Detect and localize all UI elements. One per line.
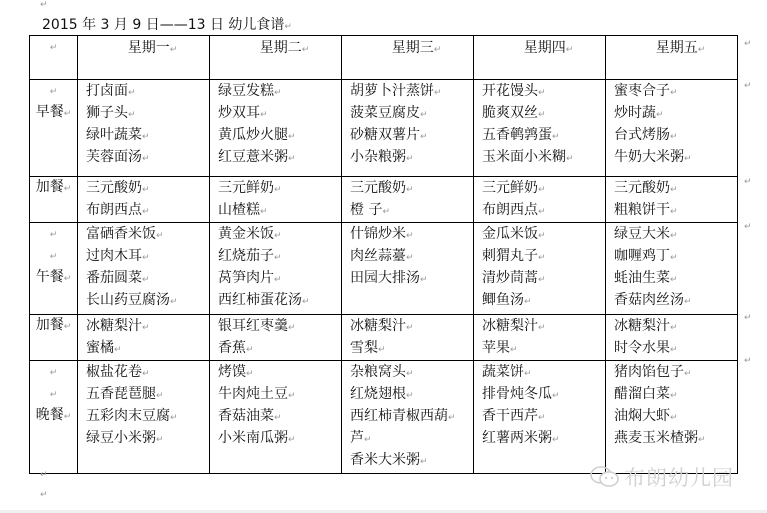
dish: 橙 子 bbox=[350, 202, 382, 218]
menu-cell: 蜜枣合子↵炒时蔬↵台式烤肠↵牛奶大米粥↵ bbox=[606, 80, 738, 177]
dish: 香干西芹 bbox=[482, 408, 538, 424]
menu-cell: 三元酸奶↵粗粮饼干↵ bbox=[606, 177, 738, 223]
dish: 开花馒头 bbox=[482, 83, 538, 99]
dish: 狮子头 bbox=[86, 105, 128, 121]
dish: 红薯两米粥 bbox=[482, 430, 552, 446]
dish: 排骨炖冬瓜 bbox=[482, 386, 552, 402]
menu-cell: 椒盐花卷↵五香琵琶腿↵五彩肉末豆腐↵绿豆小米粥↵ bbox=[78, 361, 210, 474]
dish: 时令水果 bbox=[614, 340, 670, 356]
menu-cell: 蔬菜饼↵排骨炖冬瓜↵香干西芹↵红薯两米粥↵ bbox=[474, 361, 606, 474]
dish: 芦 bbox=[350, 430, 364, 446]
dish: 红烧翅根 bbox=[350, 386, 406, 402]
dish: 过肉木耳 bbox=[86, 248, 142, 264]
dish: 清炒茼蒿 bbox=[482, 270, 538, 286]
dish: 三元鲜奶 bbox=[482, 180, 538, 196]
dish: 蚝油生菜 bbox=[614, 270, 670, 286]
dish: 粗粮饼干 bbox=[614, 202, 670, 218]
dish: 烤馍 bbox=[218, 364, 246, 380]
dish: 莴笋肉片 bbox=[218, 270, 274, 286]
day-header-wed: 星期三↵ bbox=[342, 36, 474, 80]
menu-cell: 冰糖梨汁↵时令水果↵ bbox=[606, 315, 738, 361]
menu-cell: 三元鲜奶↵山楂糕↵ bbox=[210, 177, 342, 223]
row-end-mark: ↵ bbox=[744, 222, 752, 232]
dish: 台式烤肠 bbox=[614, 127, 670, 143]
meal-label-cell: 加餐↵ bbox=[30, 177, 78, 223]
dish: 蜜枣合子 bbox=[614, 83, 670, 99]
dish: 三元酸奶 bbox=[86, 180, 142, 196]
dish: 杂粮窝头 bbox=[350, 364, 406, 380]
menu-cell: 绿豆大米↵咖喱鸡丁↵蚝油生菜↵香菇肉丝汤↵ bbox=[606, 223, 738, 315]
meal-label-cell: 加餐↵ bbox=[30, 315, 78, 361]
dish: 三元酸奶 bbox=[350, 180, 406, 196]
meal-row: ↵早餐↵打卤面↵狮子头↵绿叶蔬菜↵芙蓉面汤↵绿豆发糕↵炒双耳↵黄瓜炒火腿↵红豆薏… bbox=[30, 80, 738, 177]
menu-cell: 富硒香米饭↵过肉木耳↵番茄圆菜↵长山药豆腐汤↵ bbox=[78, 223, 210, 315]
menu-cell: 银耳红枣羹↵香蕉↵ bbox=[210, 315, 342, 361]
paragraph-mark: ↵ bbox=[40, 0, 48, 10]
menu-cell: 冰糖梨汁↵雪梨↵ bbox=[342, 315, 474, 361]
meal-label: 加餐 bbox=[36, 179, 64, 195]
dish: 五香鹌鹑蛋 bbox=[482, 127, 552, 143]
dish: 蜜橘 bbox=[86, 340, 114, 356]
menu-cell: 什锦炒米↵肉丝蒜薹↵田园大排汤↵ bbox=[342, 223, 474, 315]
dish: 打卤面 bbox=[86, 83, 128, 99]
menu-cell: 三元酸奶↵橙 子↵ bbox=[342, 177, 474, 223]
meal-label-cell: ↵早餐↵ bbox=[30, 80, 78, 177]
meal-label: 午餐 bbox=[36, 269, 64, 285]
dish: 蔬菜饼 bbox=[482, 364, 524, 380]
dish: 香蕉 bbox=[218, 340, 246, 356]
day-header-tue: 星期二↵ bbox=[210, 36, 342, 80]
dish: 山楂糕 bbox=[218, 202, 260, 218]
dish: 雪梨 bbox=[350, 340, 378, 356]
dish: 牛奶大米粥 bbox=[614, 149, 684, 165]
dish: 布朗西点 bbox=[482, 202, 538, 218]
meal-label: 晚餐 bbox=[36, 407, 64, 423]
dish: 炒双耳 bbox=[218, 105, 260, 121]
dish: 燕麦玉米楂粥 bbox=[614, 430, 698, 446]
dish: 香菇油菜 bbox=[218, 408, 274, 424]
meal-row: ↵↵晚餐↵椒盐花卷↵五香琵琶腿↵五彩肉末豆腐↵绿豆小米粥↵烤馍↵牛肉炖土豆↵香菇… bbox=[30, 361, 738, 474]
dish: 菠菜豆腐皮 bbox=[350, 105, 420, 121]
day-header-thu: 星期四↵ bbox=[474, 36, 606, 80]
dish: 黄金米饭 bbox=[218, 226, 274, 242]
row-end-mark: ↵ bbox=[744, 81, 752, 91]
dish: 肉丝蒜薹 bbox=[350, 248, 406, 264]
dish: 冰糖梨汁 bbox=[86, 318, 142, 334]
dish: 冰糖梨汁 bbox=[614, 318, 670, 334]
dish: 猪肉馅包子 bbox=[614, 364, 684, 380]
meal-label-cell: ↵↵晚餐↵ bbox=[30, 361, 78, 474]
paragraph-mark: ↵ bbox=[40, 490, 48, 500]
dish: 冰糖梨汁 bbox=[482, 318, 538, 334]
menu-cell: 烤馍↵牛肉炖土豆↵香菇油菜↵小米南瓜粥↵ bbox=[210, 361, 342, 474]
dish: 富硒香米饭 bbox=[86, 226, 156, 242]
document-title: 2015 年 3 月 9 日——13 日 幼儿食谱↵ bbox=[42, 14, 292, 34]
watermark: 布朗幼儿园 bbox=[590, 462, 734, 493]
dish: 油焖大虾 bbox=[614, 408, 670, 424]
dish: 红豆薏米粥 bbox=[218, 149, 288, 165]
meal-row: 加餐↵三元酸奶↵布朗西点↵三元鲜奶↵山楂糕↵三元酸奶↵橙 子↵三元鲜奶↵布朗西点… bbox=[30, 177, 738, 223]
dish: 香米大米粥 bbox=[350, 452, 420, 468]
dish: 田园大排汤 bbox=[350, 270, 420, 286]
wechat-icon bbox=[590, 466, 620, 493]
day-header-fri: 星期五↵ bbox=[606, 36, 738, 80]
row-end-mark: ↵ bbox=[744, 356, 752, 366]
menu-cell: 猪肉馅包子↵醋溜白菜↵油焖大虾↵燕麦玉米楂粥↵ bbox=[606, 361, 738, 474]
header-row: ↵ 星期一↵ 星期二↵ 星期三↵ 星期四↵ 星期五↵ bbox=[30, 36, 738, 80]
title-text: 2015 年 3 月 9 日——13 日 幼儿食谱 bbox=[42, 17, 284, 33]
meal-label: 加餐 bbox=[36, 317, 64, 333]
dish: 冰糖梨汁 bbox=[350, 318, 406, 334]
menu-cell: 开花馒头↵脆爽双丝↵五香鹌鹑蛋↵玉米面小米糊↵ bbox=[474, 80, 606, 177]
dish: 番茄圆菜 bbox=[86, 270, 142, 286]
dish: 三元鲜奶 bbox=[218, 180, 274, 196]
dish: 牛肉炖土豆 bbox=[218, 386, 288, 402]
meal-row: ↵↵午餐↵富硒香米饭↵过肉木耳↵番茄圆菜↵长山药豆腐汤↵黄金米饭↵红烧茄子↵莴笋… bbox=[30, 223, 738, 315]
dish: 绿豆大米 bbox=[614, 226, 670, 242]
dish: 红烧茄子 bbox=[218, 248, 274, 264]
dish: 小杂粮粥 bbox=[350, 149, 406, 165]
corner-cell: ↵ bbox=[30, 36, 78, 80]
meal-label-cell: ↵↵午餐↵ bbox=[30, 223, 78, 315]
dish: 炒时蔬 bbox=[614, 105, 656, 121]
dish: 砂糖双薯片 bbox=[350, 127, 420, 143]
dish: 芙蓉面汤 bbox=[86, 149, 142, 165]
dish: 脆爽双丝 bbox=[482, 105, 538, 121]
row-end-mark: ↵ bbox=[744, 313, 752, 323]
menu-cell: 冰糖梨汁↵苹果↵ bbox=[474, 315, 606, 361]
dish: 咖喱鸡丁 bbox=[614, 248, 670, 264]
paragraph-mark: ↵ bbox=[284, 22, 292, 32]
watermark-text: 布朗幼儿园 bbox=[624, 466, 734, 490]
dish: 绿叶蔬菜 bbox=[86, 127, 142, 143]
menu-cell: 打卤面↵狮子头↵绿叶蔬菜↵芙蓉面汤↵ bbox=[78, 80, 210, 177]
menu-cell: 冰糖梨汁↵蜜橘↵ bbox=[78, 315, 210, 361]
dish: 香菇肉丝汤 bbox=[614, 292, 684, 308]
dish: 五香琵琶腿 bbox=[86, 386, 156, 402]
dish: 绿豆小米粥 bbox=[86, 430, 156, 446]
row-end-mark: ↵ bbox=[744, 177, 752, 187]
menu-cell: 三元鲜奶↵布朗西点↵ bbox=[474, 177, 606, 223]
dish: 布朗西点 bbox=[86, 202, 142, 218]
menu-cell: 三元酸奶↵布朗西点↵ bbox=[78, 177, 210, 223]
menu-cell: 胡萝卜汁蒸饼↵菠菜豆腐皮↵砂糖双薯片↵小杂粮粥↵ bbox=[342, 80, 474, 177]
menu-cell: 金瓜米饭↵刺猬丸子↵清炒茼蒿↵鲫鱼汤↵ bbox=[474, 223, 606, 315]
dish: 银耳红枣羹 bbox=[218, 318, 288, 334]
dish: 胡萝卜汁蒸饼 bbox=[350, 83, 434, 99]
dish: 三元酸奶 bbox=[614, 180, 670, 196]
row-end-mark: ↵ bbox=[744, 39, 752, 49]
dish: 西红柿蛋花汤 bbox=[218, 292, 302, 308]
dish: 玉米面小米糊 bbox=[482, 149, 566, 165]
dish: 长山药豆腐汤 bbox=[86, 292, 170, 308]
dish: 什锦炒米 bbox=[350, 226, 406, 242]
dish: 刺猬丸子 bbox=[482, 248, 538, 264]
dish: 小米南瓜粥 bbox=[218, 430, 288, 446]
meal-row: 加餐↵冰糖梨汁↵蜜橘↵银耳红枣羹↵香蕉↵冰糖梨汁↵雪梨↵冰糖梨汁↵苹果↵冰糖梨汁… bbox=[30, 315, 738, 361]
dish: 椒盐花卷 bbox=[86, 364, 142, 380]
dish: 黄瓜炒火腿 bbox=[218, 127, 288, 143]
menu-table: ↵ 星期一↵ 星期二↵ 星期三↵ 星期四↵ 星期五↵ ↵早餐↵打卤面↵狮子头↵绿… bbox=[29, 35, 738, 474]
dish: 西红柿青椒西葫 bbox=[350, 408, 448, 424]
dish: 醋溜白菜 bbox=[614, 386, 670, 402]
paragraph-mark: ↵ bbox=[40, 470, 48, 480]
dish: 五彩肉末豆腐 bbox=[86, 408, 170, 424]
dish: 苹果 bbox=[482, 340, 510, 356]
dish: 绿豆发糕 bbox=[218, 83, 274, 99]
dish: 金瓜米饭 bbox=[482, 226, 538, 242]
menu-cell: 绿豆发糕↵炒双耳↵黄瓜炒火腿↵红豆薏米粥↵ bbox=[210, 80, 342, 177]
day-header-mon: 星期一↵ bbox=[78, 36, 210, 80]
menu-cell: 杂粮窝头↵红烧翅根↵西红柿青椒西葫↵芦↵香米大米粥↵ bbox=[342, 361, 474, 474]
menu-cell: 黄金米饭↵红烧茄子↵莴笋肉片↵西红柿蛋花汤↵ bbox=[210, 223, 342, 315]
dish: 鲫鱼汤 bbox=[482, 292, 524, 308]
meal-label: 早餐 bbox=[36, 104, 64, 120]
